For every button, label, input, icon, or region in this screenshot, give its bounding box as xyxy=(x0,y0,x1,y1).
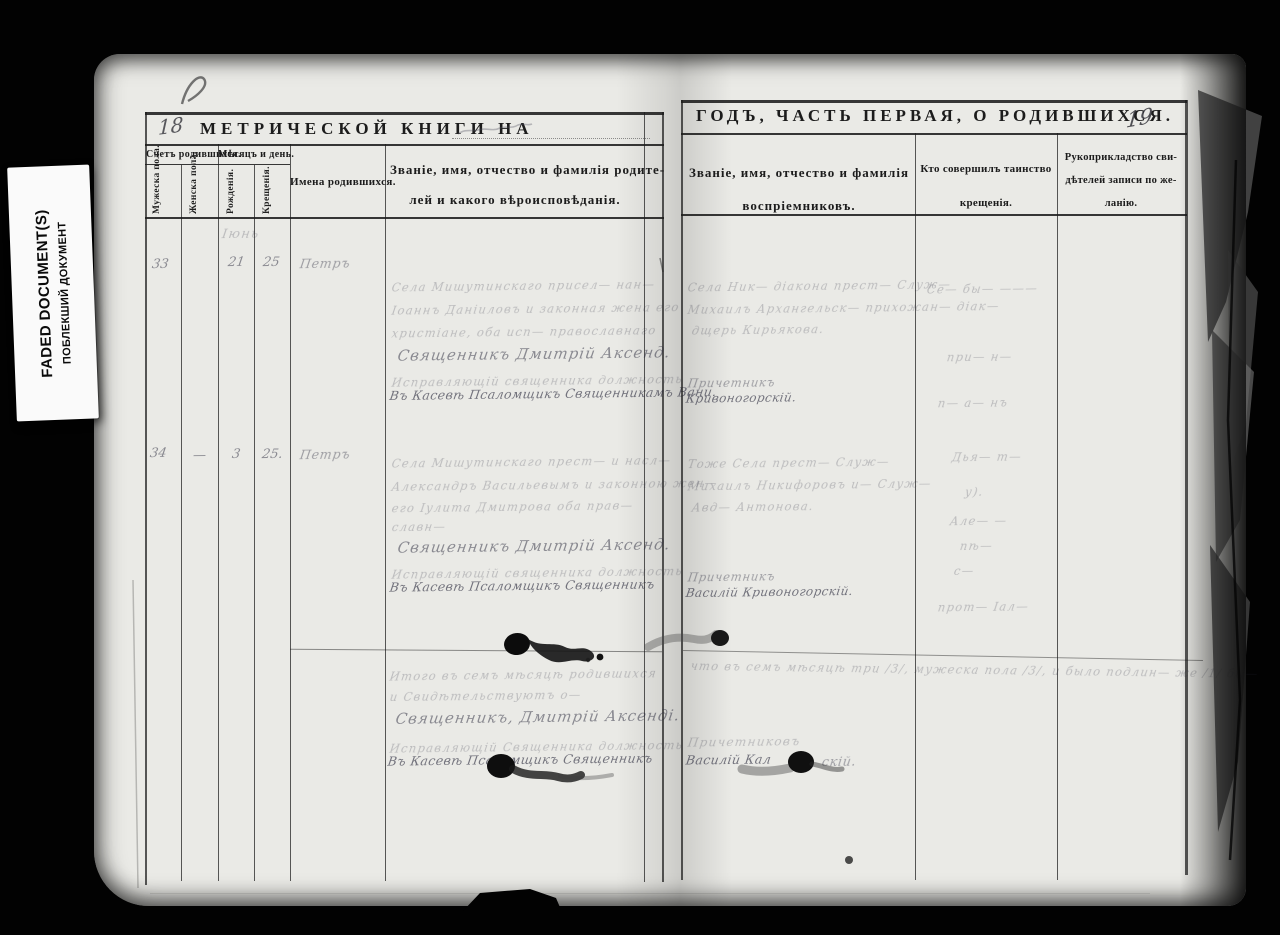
left-table-top-border xyxy=(145,112,664,115)
row1-celebrant-fragment: Се— бы— ——— xyxy=(926,281,1039,296)
row2-godparents-line: Авд— Антонова. xyxy=(691,499,815,514)
left-summary-priest-signature: Священникъ, Дмитрій Аксенді. xyxy=(394,706,681,727)
row2-female-count: — xyxy=(192,448,207,463)
left-header-bottom-border xyxy=(145,217,664,219)
row2-celebrant-fragment: с— xyxy=(953,564,976,578)
handwritten-month: Іюнь xyxy=(221,227,261,242)
row2-male-count: 34 xyxy=(149,446,168,461)
right-header-witness-2: дѣтелей записи по же- xyxy=(1059,175,1183,186)
left-table-right-border-inner xyxy=(644,112,645,882)
row2-name: Петръ xyxy=(299,447,352,463)
row1-baptism-day: 25 xyxy=(262,255,281,270)
left-page-title: МЕТРИЧЕСКОЙ КНИГИ НА xyxy=(200,119,534,139)
left-header-date-group: Мѣсяцъ и день. xyxy=(218,149,290,160)
row2-parents-line: славн— xyxy=(391,520,447,535)
right-header-witness-1: Рукоприкладство сви- xyxy=(1059,152,1183,163)
left-header-parents-1: Званіе, имя, отчество и фамилія родите- xyxy=(390,162,640,178)
right-header-celebrant-1: Кто совершилъ таинство xyxy=(917,163,1055,175)
page-stack-edge-line xyxy=(150,893,1150,894)
right-folio-number: 19 xyxy=(1125,103,1154,132)
right-edge-shadow xyxy=(1180,54,1246,906)
right-summary-sexton-signature: Василій Кал xyxy=(685,751,773,767)
faded-document-label: FADED DOCUMENT(S) ПОБЛЕКШИЙ ДОКУМЕНТ xyxy=(7,165,99,422)
left-header-baptism: Крещенія. xyxy=(262,168,272,214)
right-header-celebrant-2: крещенія. xyxy=(917,197,1055,209)
row2-parents-line: его Іулита Дмитрова оба прав— xyxy=(391,499,635,516)
left-header-birth: Рожденія. xyxy=(226,168,236,214)
row2-baptism-day: 25. xyxy=(261,447,284,462)
right-col-divider-godparents-celebrant xyxy=(915,133,916,880)
left-col-divider-names-parents xyxy=(385,144,386,881)
right-summary-sexton-title: Причетниковъ xyxy=(687,734,802,749)
label-english-text: FADED DOCUMENT(S) xyxy=(32,209,55,378)
left-col-divider-male-female xyxy=(181,165,182,881)
left-header-names: Имена родившихся. xyxy=(290,176,385,188)
row1-birth-day: 21 xyxy=(227,255,246,270)
scanned-metric-book-page: 18 МЕТРИЧЕСКОЙ КНИГИ НА Счетъ родившихся… xyxy=(0,0,1280,935)
row2-sexton-title: Причетникъ xyxy=(687,569,776,584)
row1-name: Петръ xyxy=(299,256,352,272)
left-col-divider-date-names xyxy=(290,144,291,881)
left-col-divider-count-date xyxy=(218,144,219,881)
row2-sexton-signature: Василій Кривоногорскій. xyxy=(685,584,854,600)
left-table-right-border-outer xyxy=(662,112,664,882)
right-table-left-border xyxy=(681,100,683,880)
left-folio-number: 18 xyxy=(158,112,184,140)
right-page-title: ГОДЪ, ЧАСТЬ ПЕРВАЯ, О РОДИВШИХСЯ. xyxy=(696,106,1174,126)
left-header-female: Женска пола. xyxy=(189,168,199,214)
row2-celebrant-fragment: Дья— т— xyxy=(951,450,1023,465)
row1-godparents-line: дщерь Кирьякова. xyxy=(691,322,826,338)
right-header-bottom-border xyxy=(681,214,1187,216)
row1-priest-signature: Священникъ Дмитрій Аксенд. xyxy=(396,343,671,364)
row1-celebrant-fragment: при— н— xyxy=(946,350,1014,365)
right-title-underline xyxy=(681,133,1187,135)
right-col-divider-celebrant-witness xyxy=(1057,133,1058,880)
row1-celebrant-fragment: п— а— нъ xyxy=(937,396,1009,411)
row1-male-count: 33 xyxy=(151,257,170,272)
row2-godparents-line: Тоже Села прест— Служ— xyxy=(687,455,891,471)
left-table-left-border xyxy=(145,112,147,885)
right-summary-sexton-signature-tail: скій. xyxy=(821,754,858,769)
row2-celebrant-fragment: у). xyxy=(964,485,985,499)
left-col-divider-birth-baptism xyxy=(254,165,255,881)
right-table-top-border xyxy=(681,100,1187,103)
left-title-underline xyxy=(145,144,664,146)
row2-celebrant-fragment: Але— — xyxy=(949,514,1008,529)
row2-celebrant-fragment: прот— Іал— xyxy=(937,599,1030,614)
right-header-godparents-1: Званіе, имя, отчество и фамилія xyxy=(688,165,910,181)
label-russian-text: ПОБЛЕКШИЙ ДОКУМЕНТ xyxy=(56,221,73,364)
left-header-parents-2: лей и какого вѣроисповѣданія. xyxy=(390,192,640,208)
row2-celebrant-fragment: пѣ— xyxy=(959,539,994,553)
right-header-godparents-2: воспріемниковъ. xyxy=(688,198,910,214)
title-year-dotted-line xyxy=(452,137,650,139)
left-summary-line: и Свидѣтельствуютъ о— xyxy=(389,688,583,704)
row1-sexton-signature: Кривоногорскій. xyxy=(685,390,798,405)
right-header-witness-3: ланію. xyxy=(1059,198,1183,209)
row2-priest-signature: Священникъ Дмитрій Аксенд. xyxy=(396,535,671,556)
left-header-male: Мужеска пола. xyxy=(152,168,162,214)
row1-sexton-title: Причетникъ xyxy=(687,375,776,390)
